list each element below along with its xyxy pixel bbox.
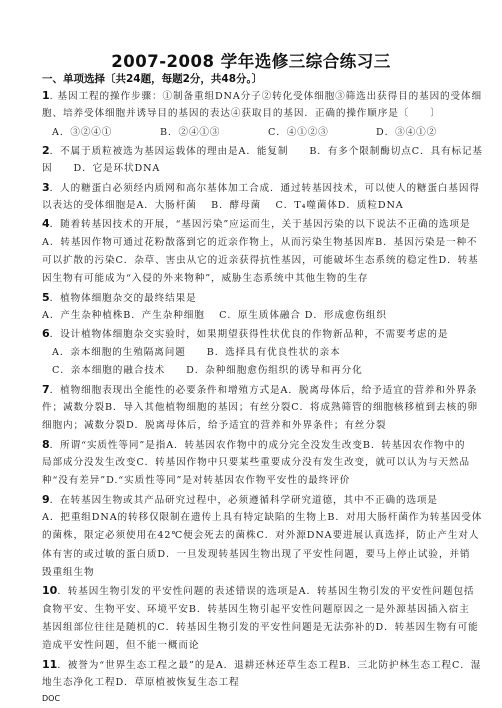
question-text: ．人的糖蛋白必须经内质网和高尔基体加工合成．通过转基因技术，可以使人的糖蛋白基因… bbox=[50, 183, 480, 194]
question-text: 因 D．它是环状DNA bbox=[42, 163, 160, 174]
answer-options: C．亲本细胞的融合技术 D．杂种细胞愈伤组织的诱导和再分化 bbox=[52, 365, 363, 376]
answer-options: A．③②④①B．②④①③C．④①②③D．③④①② bbox=[42, 124, 464, 142]
question-number: 5 bbox=[42, 291, 50, 304]
option-a: A．③②④① bbox=[52, 124, 160, 142]
question-number: 6 bbox=[42, 327, 50, 340]
question-text: ．在转基因生物或其产品研究过程中，必须遵循科学研究道德，其中不正确的选项是 bbox=[50, 495, 438, 506]
question-text: ．植物体细胞杂交的最终结果是 bbox=[50, 293, 197, 304]
question-text: 以表达的受体细胞是A．大肠杆菌 B．酵母菌 C．T₄噬菌体D．质粒DNA bbox=[42, 200, 404, 211]
question-text: 体有害的或过敏的蛋白质D．一旦发现转基因生物出现了平安性问题，要马上停止试验，并… bbox=[42, 549, 470, 560]
question-text: 地生态净化工程D．草原植被恢复生态工程 bbox=[42, 677, 239, 688]
document-page: 2007-2008 学年选修三综合练习三 一、单项选择〔共24题，每题2分，共4… bbox=[0, 0, 502, 708]
answer-options: A．亲本细胞的生殖隔离问题 B．选择具有优良性状的亲本 bbox=[52, 347, 341, 358]
question-number: 9 bbox=[42, 493, 50, 506]
question-text: ．转基因生物引发的平安性问题的表述错误的选项是A．转基因生物引发的平安性问题包括 bbox=[57, 586, 474, 597]
question-11: 11．被誉为“世界生态工程之最”的是A．退耕还林还草生态工程B．三北防护林生态工… bbox=[42, 656, 464, 693]
question-number: 10 bbox=[42, 584, 57, 597]
question-text: ．随着转基因技术的开展，“基因污染”应运而生，关于基因污染的以下说法不正确的选项… bbox=[50, 219, 471, 230]
question-text: 基因组部位往往是随机的C．转基因生物引发的平安性问题是无法弥补的D．转基因生物有… bbox=[42, 622, 479, 633]
question-5: 5．植物体细胞杂交的最终结果是 A．产生杂种植株B．产生杂种细胞 C．原生质体融… bbox=[42, 289, 464, 326]
question-7: 7．植物细胞表现出全能性的必要条件和增殖方式是A．脱离母体后，给予适宜的营养和外… bbox=[42, 381, 464, 436]
question-text: 件；减数分裂B．导入其他植物细胞的基因；有丝分裂C．将成熟筛管的细胞核移植到去核… bbox=[42, 402, 478, 413]
question-number: 1 bbox=[42, 89, 50, 102]
question-4: 4．随着转基因技术的开展，“基因污染”应运而生，关于基因污染的以下说法不正确的选… bbox=[42, 215, 464, 288]
question-number: 7 bbox=[42, 383, 50, 396]
question-text: 的菌株，限定必须使用在42℃便会死去的菌株C．对外源DNA要进展认真选择，防止产… bbox=[42, 530, 479, 541]
question-text: ．植物细胞表现出全能性的必要条件和增殖方式是A．脱离母体后，给予适宜的营养和外界… bbox=[50, 385, 478, 396]
question-list: 1. 基因工程的操作步骤：①制备重组DNA分子②转化受体细胞③筛选出获得目的基因… bbox=[42, 87, 464, 692]
question-text: 造成平安性问题，但不能一概而论 bbox=[42, 640, 199, 651]
question-2: 2．不属于质粒被选为基因运载体的理由是A．能复制 B．有多个限制酶切点C．具有标… bbox=[42, 142, 464, 179]
question-text: ．不属于质粒被选为基因运载体的理由是A．能复制 B．有多个限制酶切点C．具有标记… bbox=[50, 146, 483, 157]
question-text: 局部成分没发生改变C．转基因作物中只要某些重要成分没有发生改变，就可以认为与天然… bbox=[42, 457, 470, 468]
question-text: 细胞内；减数分裂D．脱离母体后，给予适宜的营养和外界条件；有丝分裂 bbox=[42, 420, 386, 431]
question-text: A．把重组DNA的转移仅限制在遗传上具有特定缺陷的生物上B．对用大肠杆菌作为转基… bbox=[42, 512, 482, 523]
question-text: 食物平安、生物平安、环境平安B．转基因生物引起平安性问题原因之一是外源基因插入宿… bbox=[42, 604, 470, 615]
question-text: 种“没有差异”D.“实质性等同”是对转基因农作物平安性的最终评价 bbox=[42, 475, 350, 486]
option-b: B．②④①③ bbox=[160, 124, 268, 142]
question-text: . 基因工程的操作步骤：①制备重组DNA分子②转化受体细胞③筛选出获得目的基因的… bbox=[50, 91, 482, 102]
question-3: 3．人的糖蛋白必须经内质网和高尔基体加工合成．通过转基因技术，可以使人的糖蛋白基… bbox=[42, 179, 464, 216]
document-title: 2007-2008 学年选修三综合练习三 bbox=[0, 48, 502, 72]
document-footer-label: DOC bbox=[42, 694, 60, 703]
question-text: 胞、培养受体细胞并诱导目的基因的表达④获取目的基因．正确的操作顺序是〔 〕 bbox=[42, 108, 441, 119]
question-8: 8．所谓“实质性等同”是指A．转基因农作物中的成分完全没发生改变B．转基因农作物… bbox=[42, 436, 464, 491]
question-number: 4 bbox=[42, 217, 50, 230]
question-text: A．转基因作物可通过花粉散落到它的近亲作物上，从而污染生物基因库B．基因污染是一… bbox=[42, 237, 478, 248]
question-9: 9．在转基因生物或其产品研究过程中，必须遵循科学研究道德，其中不正确的选项是 A… bbox=[42, 491, 464, 583]
question-10: 10．转基因生物引发的平安性问题的表述错误的选项是A．转基因生物引发的平安性问题… bbox=[42, 582, 464, 655]
question-number: 11 bbox=[42, 658, 57, 671]
option-d: D．③④①② bbox=[376, 124, 484, 142]
question-number: 2 bbox=[42, 144, 50, 157]
question-number: 8 bbox=[42, 438, 50, 451]
question-6: 6．设计植物体细胞杂交实验时，如果期望获得性状优良的作物新品种，不需要考虑的是 … bbox=[42, 325, 464, 380]
question-text: ．被誉为“世界生态工程之最”的是A．退耕还林还草生态工程B．三北防护林生态工程C… bbox=[57, 660, 481, 671]
section-heading: 一、单项选择〔共24题，每题2分，共48分。〕 bbox=[42, 71, 262, 86]
question-text: ．所谓“实质性等同”是指A．转基因农作物中的成分完全没发生改变B．转基因农作物中… bbox=[50, 440, 466, 451]
question-text: 毁重组生物 bbox=[42, 567, 94, 578]
question-number: 3 bbox=[42, 181, 50, 194]
option-c: C．④①②③ bbox=[268, 124, 376, 142]
question-text: 可以扩散的污染C．杂草、害虫从它的近亲获得抗性基因，可能破坏生态系统的稳定性D．… bbox=[42, 255, 479, 266]
question-text: 因生物有可能成为“入侵的外来物种”，威胁生态系统中其他生物的生存 bbox=[42, 273, 368, 284]
question-text: ．设计植物体细胞杂交实验时，如果期望获得性状优良的作物新品种，不需要考虑的是 bbox=[50, 329, 449, 340]
answer-options: A．产生杂种植株B．产生杂种细胞 C．原生质体融合 D．形成愈伤组织 bbox=[42, 310, 387, 321]
question-1: 1. 基因工程的操作步骤：①制备重组DNA分子②转化受体细胞③筛选出获得目的基因… bbox=[42, 87, 464, 142]
